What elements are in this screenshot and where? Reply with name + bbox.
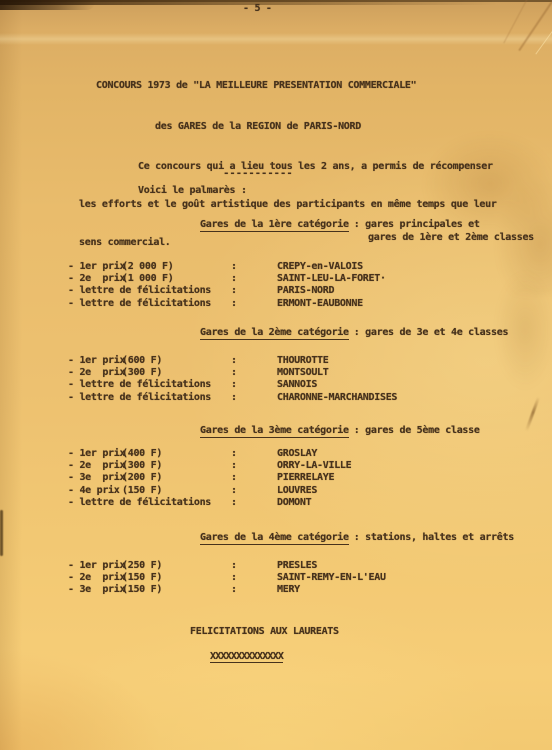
category-section-4: Gares de la 4ème catégorie: stations, ha… [68, 532, 548, 543]
prize-station: MONTSOULT [277, 367, 397, 379]
palmares-intro: Voici le palmarès : [138, 185, 247, 196]
prize-row: - 2e prix(150 F):SAINT-REMY-EN-L'EAU [68, 572, 386, 584]
prize-row: - lettre de félicitations:CHARONNE-MARCH… [68, 392, 397, 404]
prize-label: - lettre de félicitations [68, 285, 122, 297]
prize-label: - lettre de félicitations [68, 392, 122, 404]
paper-crease-top-right [518, 0, 552, 51]
prize-amount: (150 F) [122, 584, 231, 596]
category-title: Gares de la 4ème catégorie [200, 532, 349, 545]
category-header: Gares de la 2ème catégorie: gares de 3e … [200, 327, 548, 338]
prize-label: - 4e prix [68, 485, 122, 497]
prize-amount: (600 F) [122, 355, 231, 367]
category-title: Gares de la 2ème catégorie [200, 327, 349, 340]
paper-mark-left-edge [0, 510, 3, 556]
prize-amount: (150 F) [122, 485, 231, 497]
paper-crease-top-right [503, 0, 527, 43]
prize-row: - lettre de félicitations:ERMONT-EAUBONN… [68, 298, 386, 310]
prize-row: - 1er prix(2 000 F):CREPY-en-VALOIS [68, 261, 386, 273]
prize-amount [122, 285, 231, 297]
prize-station: SAINT-LEU-LA-FORET· [277, 273, 386, 285]
prize-label: - 1er prix [68, 448, 122, 460]
prize-station: DOMONT [277, 497, 351, 509]
prize-row: - 2e prix(300 F):ORRY-LA-VILLE [68, 460, 351, 472]
scanned-page: - 5 - CONCOURS 1973 de "LA MEILLEURE PRE… [0, 0, 552, 750]
prize-label: - lettre de félicitations [68, 379, 122, 391]
category-header: Gares de la 3ème catégorie: gares de 5èm… [200, 425, 548, 436]
prize-row: - 3e prix(200 F):PIERRELAYE [68, 472, 351, 484]
prize-amount [122, 497, 231, 509]
prize-separator: : [231, 485, 277, 497]
prize-separator: : [231, 460, 277, 472]
prize-amount: (300 F) [122, 460, 231, 472]
category-header: Gares de la 4ème catégorie: stations, ha… [200, 532, 548, 543]
prize-row: - 1er prix(400 F):GROSLAY [68, 448, 351, 460]
prize-row: - 1er prix(600 F):THOUROTTE [68, 355, 397, 367]
prize-separator: : [231, 261, 277, 273]
category-subtitle-line2: gares de 1ère et 2ème classes [368, 232, 534, 243]
prize-station: THOUROTTE [277, 355, 397, 367]
prize-separator: : [231, 379, 277, 391]
prize-row: - lettre de félicitations:DOMONT [68, 497, 351, 509]
prize-label: - 3e prix [68, 584, 122, 596]
closing-marks: XXXXXXXXXXXXXX [210, 651, 283, 662]
prize-station: SAINT-REMY-EN-L'EAU [277, 572, 386, 584]
intro-line: les efforts et le goût artistique des pa… [79, 199, 497, 212]
prize-separator: : [231, 273, 277, 285]
prize-amount [122, 379, 231, 391]
prize-station: SANNOIS [277, 379, 397, 391]
category-subtitle: : gares de 5ème classe [354, 425, 480, 436]
paper-crease-top-right [535, 22, 552, 55]
paper-crease-band [0, 33, 552, 45]
prize-station: MERY [277, 584, 386, 596]
prize-station: GROSLAY [277, 448, 351, 460]
prize-station: PRESLES [277, 560, 386, 572]
prize-amount: (150 F) [122, 572, 231, 584]
prize-list: - 1er prix(250 F):PRESLES- 2e prix(150 F… [68, 560, 386, 597]
prize-station: CHARONNE-MARCHANDISES [277, 392, 397, 404]
prize-amount: (400 F) [122, 448, 231, 460]
prize-label: - 1er prix [68, 560, 122, 572]
scan-top-edge [0, 0, 552, 5]
prize-list: - 1er prix(400 F):GROSLAY- 2e prix(300 F… [68, 448, 351, 509]
intro-line: Ce concours qui a lieu tous les 2 ans, a… [79, 161, 497, 174]
prize-separator: : [231, 285, 277, 297]
category-subtitle: : gares de 3e et 4e classes [354, 327, 508, 338]
prize-separator: : [231, 298, 277, 310]
prize-amount: (1 000 F) [122, 273, 231, 285]
category-title: Gares de la 1ère catégorie [200, 219, 349, 232]
intro-paragraph: Ce concours qui a lieu tous les 2 ans, a… [79, 136, 497, 275]
prize-list: - 1er prix(600 F):THOUROTTE- 2e prix(300… [68, 355, 397, 404]
scan-top-edge-line [0, 0, 552, 2]
prize-label: - lettre de félicitations [68, 497, 122, 509]
prize-station: PARIS-NORD [277, 285, 386, 297]
prize-row: - 2e prix(300 F):MONTSOULT [68, 367, 397, 379]
scan-top-left-shadow [0, 0, 95, 10]
prize-separator: : [231, 367, 277, 379]
prize-amount [122, 392, 231, 404]
prize-separator: : [231, 560, 277, 572]
title-line-2: des GARES de la REGION de PARIS-NORD [96, 120, 420, 134]
prize-label: - lettre de félicitations [68, 298, 122, 310]
prize-list: - 1er prix(2 000 F):CREPY-en-VALOIS- 2e … [68, 261, 386, 310]
prize-row: - 4e prix(150 F):LOUVRES [68, 485, 351, 497]
page-number: - 5 - [243, 3, 272, 14]
prize-separator: : [231, 448, 277, 460]
prize-row: - lettre de félicitations:SANNOIS [68, 379, 397, 391]
prize-label: - 2e prix [68, 367, 122, 379]
prize-separator: : [231, 392, 277, 404]
prize-amount [122, 298, 231, 310]
category-subtitle: : gares principales et [354, 219, 480, 230]
prize-separator: : [231, 572, 277, 584]
prize-label: - 1er prix [68, 261, 122, 273]
prize-station: LOUVRES [277, 485, 351, 497]
prize-separator: : [231, 497, 277, 509]
prize-row: - 1er prix(250 F):PRESLES [68, 560, 386, 572]
prize-station: PIERRELAYE [277, 472, 351, 484]
category-header: Gares de la 1ère catégorie: gares princi… [200, 219, 548, 230]
prize-label: - 2e prix [68, 572, 122, 584]
category-section-3: Gares de la 3ème catégorie: gares de 5èm… [68, 425, 548, 436]
prize-label: - 3e prix [68, 472, 122, 484]
category-section-1: Gares de la 1ère catégorie: gares princi… [68, 219, 548, 230]
prize-label: - 2e prix [68, 273, 122, 285]
prize-amount: (2 000 F) [122, 261, 231, 273]
prize-station: ORRY-LA-VILLE [277, 460, 351, 472]
closing-line: FELICITATIONS AUX LAUREATS [190, 626, 339, 637]
prize-amount: (250 F) [122, 560, 231, 572]
closing-marks-text: XXXXXXXXXXXXXX [210, 651, 283, 663]
category-section-2: Gares de la 2ème catégorie: gares de 3e … [68, 327, 548, 338]
category-title: Gares de la 3ème catégorie [200, 425, 349, 438]
category-subtitle: : stations, haltes et arrêts [354, 532, 514, 543]
prize-row: - lettre de félicitations:PARIS-NORD [68, 285, 386, 297]
paper-corner-shade [0, 650, 160, 750]
prize-label: - 2e prix [68, 460, 122, 472]
prize-separator: : [231, 584, 277, 596]
prize-row: - 2e prix(1 000 F):SAINT-LEU-LA-FORET· [68, 273, 386, 285]
prize-label: - 1er prix [68, 355, 122, 367]
prize-amount: (300 F) [122, 367, 231, 379]
prize-station: ERMONT-EAUBONNE [277, 298, 386, 310]
prize-amount: (200 F) [122, 472, 231, 484]
prize-separator: : [231, 472, 277, 484]
prize-separator: : [231, 355, 277, 367]
title-line-1: CONCOURS 1973 de "LA MEILLEURE PRESENTAT… [96, 79, 420, 93]
prize-station: CREPY-en-VALOIS [277, 261, 386, 273]
prize-row: - 3e prix(150 F):MERY [68, 584, 386, 596]
